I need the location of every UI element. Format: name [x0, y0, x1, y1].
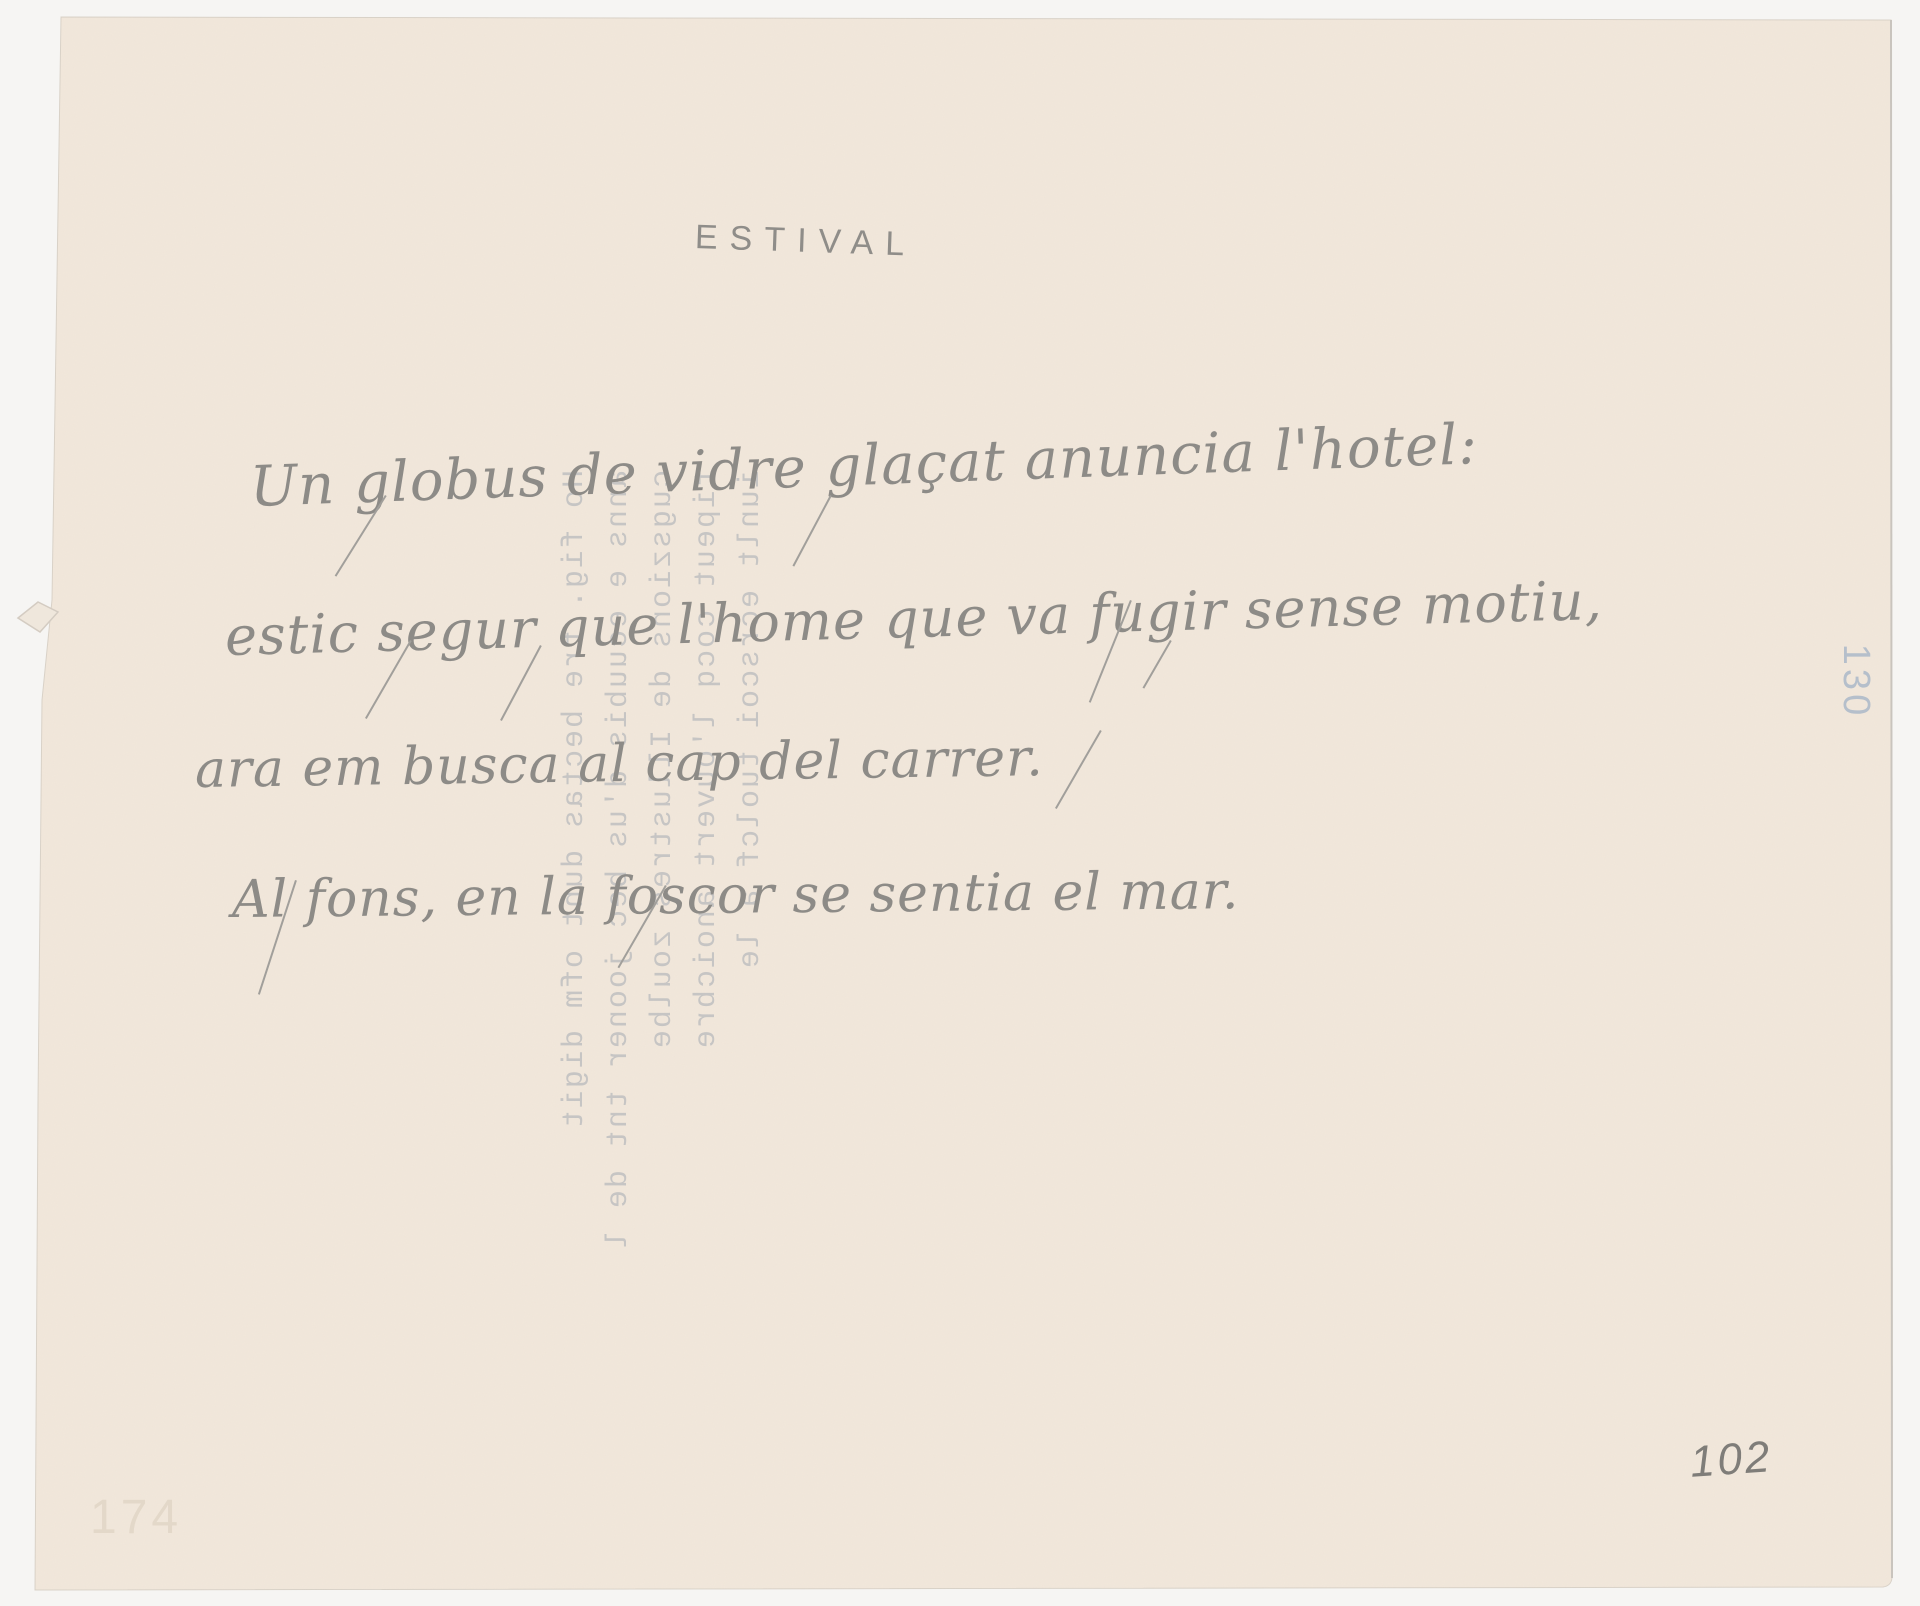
poem-line-4: Al fons, en la foscor se sentia el mar.	[232, 861, 1240, 930]
poem-title: ESTIVAL	[694, 218, 917, 265]
faint-corner-number: 174	[90, 1490, 182, 1545]
paper-sheet	[0, 0, 1920, 1606]
side-annotation-number: 130	[1834, 644, 1877, 719]
page-number: 102	[1688, 1432, 1774, 1488]
scanned-page: Ho fig. tre bectas dunt ofm digit anns e…	[0, 0, 1920, 1606]
poem-line-3: ara em busca al cap del carrer.	[195, 728, 1044, 800]
